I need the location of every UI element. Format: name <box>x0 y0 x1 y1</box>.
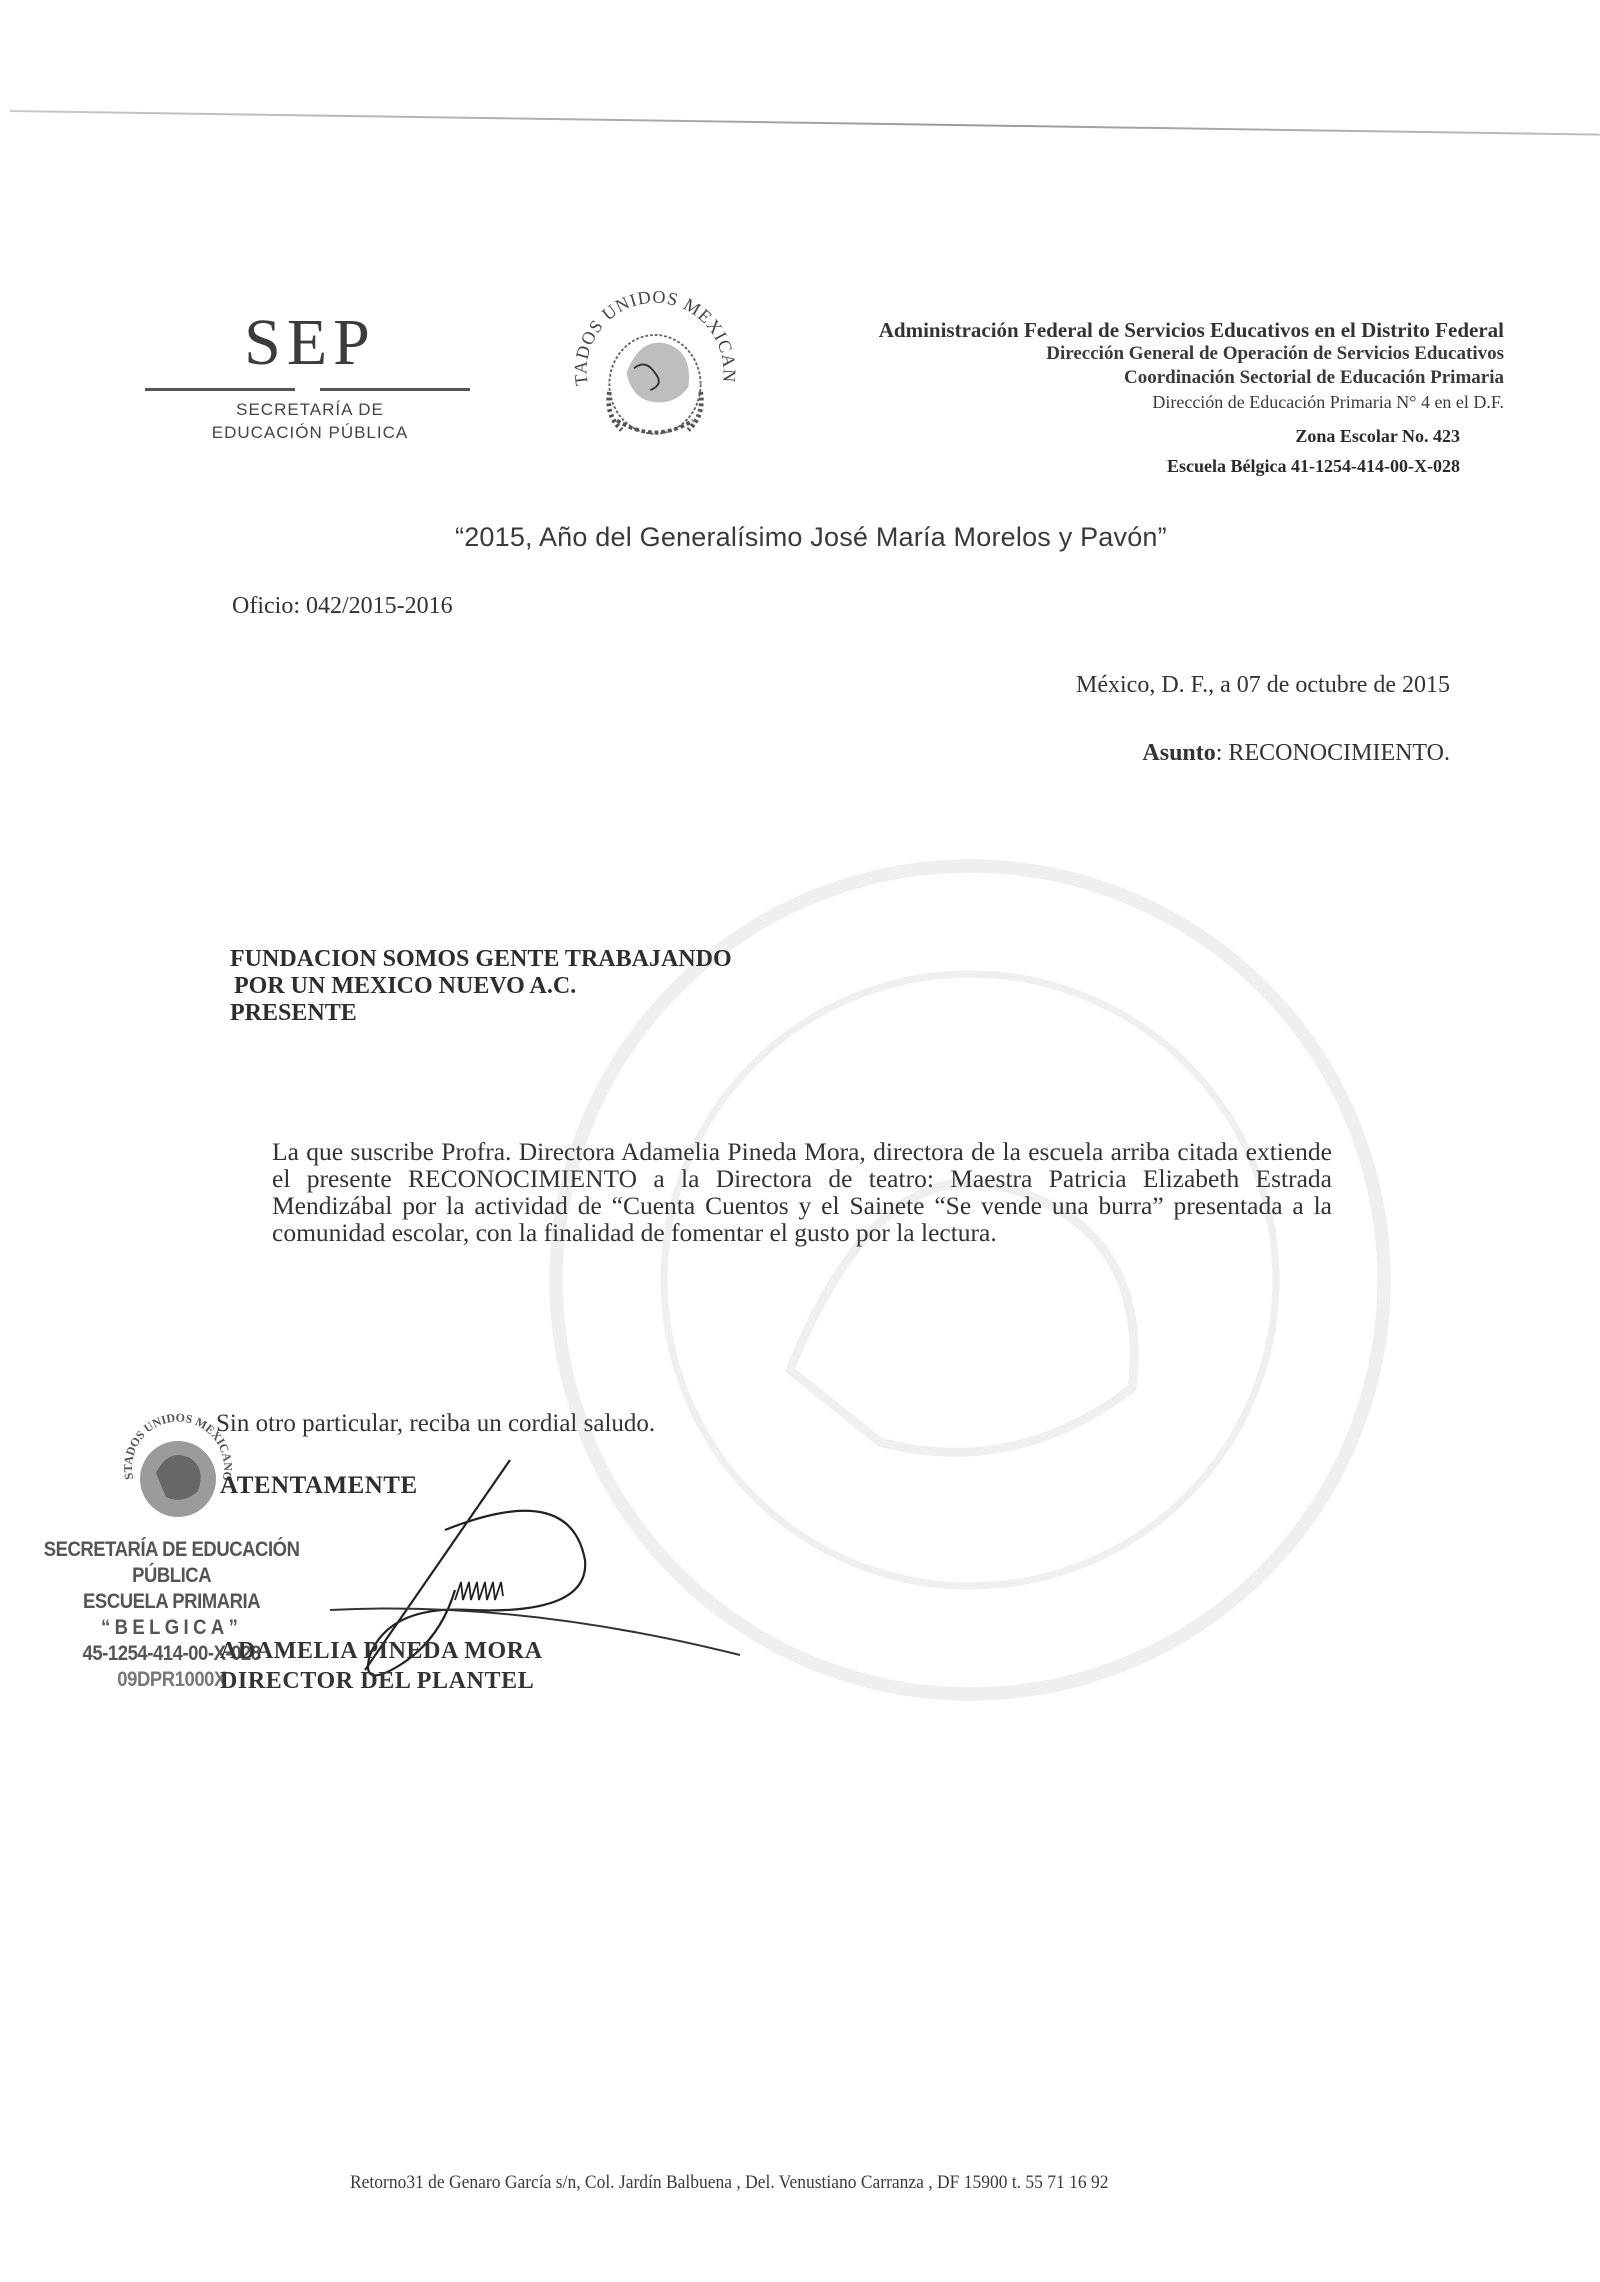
letter-body: La que suscribe Profra. Directora Adamel… <box>272 1138 1332 1246</box>
institution-line-2: Dirección General de Operación de Servic… <box>879 342 1504 366</box>
sep-logo: SEP SECRETARÍA DE EDUCACIÓN PÚBLICA <box>145 310 475 444</box>
addressee-line-3: PRESENTE <box>230 1000 732 1027</box>
year-motto: “2015, Año del Generalísimo José María M… <box>455 522 1167 553</box>
subject-value: : RECONOCIMIENTO. <box>1216 740 1450 766</box>
school-name: Escuela Bélgica 41-1254-414-00-X-028 <box>879 454 1504 478</box>
subject-line: Asunto: RECONOCIMIENTO. <box>1142 740 1450 767</box>
addressee-line-2: POR UN MEXICO NUEVO A.C. <box>230 973 732 1000</box>
sep-name-line1: SECRETARÍA DE <box>145 398 475 421</box>
sep-acronym: SEP <box>145 310 475 376</box>
institution-header: Administración Federal de Servicios Educ… <box>879 318 1504 478</box>
signer-title: DIRECTOR DEL PLANTEL <box>220 1666 543 1696</box>
signer-name: ADAMELIA PINEDA MORA <box>220 1636 543 1666</box>
sep-name-line2: EDUCACIÓN PÚBLICA <box>145 421 475 444</box>
addressee-block: FUNDACION SOMOS GENTE TRABAJANDO POR UN … <box>230 946 732 1027</box>
subject-label: Asunto <box>1142 740 1215 766</box>
institution-line-4: Dirección de Educación Primaria N° 4 en … <box>879 390 1504 414</box>
scan-edge-line <box>10 110 1600 136</box>
oficio-number: Oficio: 042/2015-2016 <box>232 593 453 620</box>
mexican-coat-of-arms-icon: ESTADOS UNIDOS MEXICANOS <box>560 278 750 468</box>
school-zone: Zona Escolar No. 423 <box>879 424 1504 448</box>
institution-line-3: Coordinación Sectorial de Educación Prim… <box>879 366 1504 390</box>
date-line: México, D. F., a 07 de octubre de 2015 <box>1076 672 1450 699</box>
sep-rule <box>145 388 475 392</box>
closing-line: Sin otro particular, reciba un cordial s… <box>216 1410 655 1438</box>
institution-line-1: Administración Federal de Servicios Educ… <box>879 318 1504 342</box>
signer-block: ADAMELIA PINEDA MORA DIRECTOR DEL PLANTE… <box>220 1636 543 1696</box>
footer-address: Retorno31 de Genaro García s/n, Col. Jar… <box>350 2172 1108 2194</box>
addressee-line-1: FUNDACION SOMOS GENTE TRABAJANDO <box>230 946 732 973</box>
